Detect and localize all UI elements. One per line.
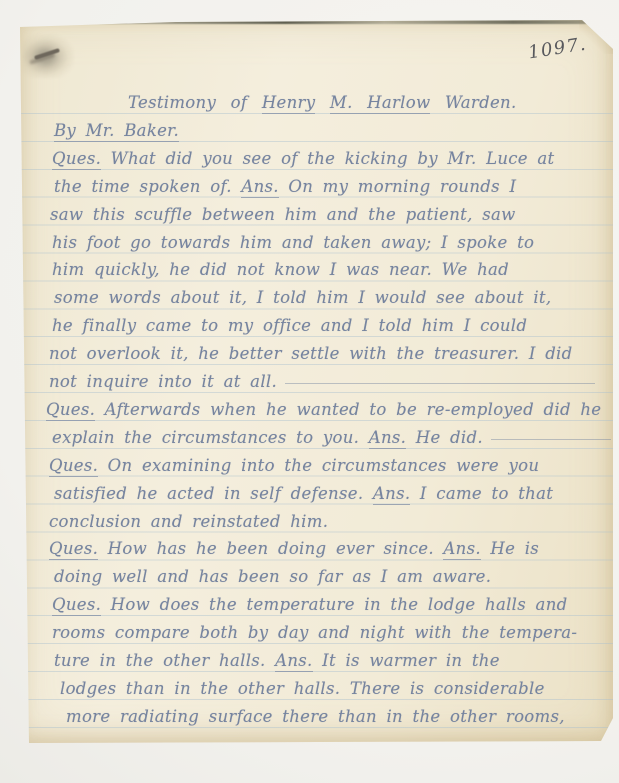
- handwritten-line-5: saw this scuffle between him and the pat…: [50, 205, 516, 225]
- handwritten-line-7: him quickly, he did not know I was near.…: [52, 260, 509, 280]
- handwritten-line-9: he finally came to my office and I told …: [52, 316, 527, 336]
- text-segment: What did you see of the kicking by Mr. L…: [101, 149, 554, 168]
- text-segment: ture in the other halls.: [54, 651, 275, 670]
- ink-fill-stroke: [285, 383, 595, 384]
- handwritten-line-16: conclusion and reinstated him.: [49, 512, 328, 532]
- text-segment: Warden.: [430, 93, 516, 112]
- text-segment: not inquire into it at all.: [49, 372, 277, 391]
- text-segment: It is warmer in the: [313, 651, 500, 670]
- text-segment: his foot go towards him and taken away; …: [52, 233, 534, 252]
- manuscript-paper: 1097. Testimony of Henry M. Harlow Warde…: [16, 20, 613, 743]
- text-segment: Afterwards when he wanted to be re-emplo…: [95, 400, 601, 419]
- text-segment: How has he been doing ever since.: [98, 539, 443, 558]
- text-segment: he finally came to my office and I told …: [52, 316, 527, 335]
- ink-fill-stroke: [491, 439, 611, 440]
- text-segment: some words about it, I told him I would …: [54, 288, 551, 307]
- handwritten-line-8: some words about it, I told him I would …: [54, 288, 551, 308]
- handwritten-line-6: his foot go towards him and taken away; …: [52, 233, 534, 253]
- text-segment: On my morning rounds I: [279, 177, 516, 196]
- handwritten-line-19: Ques. How does the temperature in the lo…: [52, 595, 567, 615]
- text-segment: lodges than in the other halls. There is…: [60, 679, 545, 698]
- handwritten-line-22: lodges than in the other halls. There is…: [60, 679, 545, 699]
- handwritten-line-23: more radiating surface there than in the…: [66, 707, 565, 727]
- paper-tear-hole: [22, 34, 74, 78]
- text-segment: On examining into the circumstances were…: [98, 456, 539, 475]
- text-segment: him quickly, he did not know I was near.…: [52, 260, 509, 279]
- text-segment: saw this scuffle between him and the pat…: [50, 205, 516, 224]
- text-segment: rooms compare both by day and night with…: [52, 623, 577, 642]
- document-title-line: Testimony of Henry M. Harlow Warden.: [128, 93, 517, 113]
- text-segment: How does the temperature in the lodge ha…: [101, 595, 567, 614]
- text-segment: explain the circumstances to you.: [52, 428, 369, 447]
- underlined-text-segment: Ques.: [52, 595, 101, 616]
- paper-torn-top-edge: [22, 20, 607, 24]
- handwritten-line-21: ture in the other halls. Ans. It is warm…: [54, 651, 500, 671]
- underlined-text-segment: M. Harlow: [330, 93, 431, 114]
- underlined-text-segment: Ques.: [49, 456, 98, 477]
- text-segment: conclusion and reinstated him.: [49, 512, 328, 531]
- handwritten-line-14: Ques. On examining into the circumstance…: [49, 456, 539, 476]
- underlined-text-segment: Ans.: [373, 484, 410, 505]
- handwritten-line-20: rooms compare both by day and night with…: [52, 623, 577, 643]
- underlined-text-segment: Ques.: [46, 400, 95, 421]
- handwritten-line-13: explain the circumstances to you. Ans. H…: [52, 428, 611, 448]
- handwritten-line-12: Ques. Afterwards when he wanted to be re…: [46, 400, 601, 420]
- underlined-text-segment: By Mr. Baker.: [54, 121, 179, 142]
- text-segment: doing well and has been so far as I am a…: [54, 567, 491, 586]
- handwritten-line-11: not inquire into it at all.: [49, 372, 595, 392]
- underlined-text-segment: Ques.: [49, 539, 98, 560]
- handwritten-line-2: By Mr. Baker.: [54, 121, 179, 141]
- text-segment: more radiating surface there than in the…: [66, 707, 565, 726]
- underlined-text-segment: Ques.: [52, 149, 101, 170]
- text-segment: I came to that: [410, 484, 553, 503]
- handwritten-line-4: the time spoken of. Ans. On my morning r…: [54, 177, 516, 197]
- page-number: 1097.: [527, 34, 589, 64]
- underlined-text-segment: Henry: [262, 93, 316, 114]
- text-segment: [315, 93, 330, 112]
- handwritten-line-18: doing well and has been so far as I am a…: [54, 567, 491, 587]
- handwritten-line-15: satisfied he acted in self defense. Ans.…: [54, 484, 553, 504]
- underlined-text-segment: Ans.: [369, 428, 406, 449]
- text-segment: Testimony of: [128, 93, 262, 112]
- handwritten-line-10: not overlook it, he better settle with t…: [49, 344, 573, 364]
- text-segment: He did.: [406, 428, 483, 447]
- text-segment: not overlook it, he better settle with t…: [49, 344, 573, 363]
- text-segment: He is: [481, 539, 539, 558]
- handwritten-line-3: Ques. What did you see of the kicking by…: [52, 149, 554, 169]
- text-segment: satisfied he acted in self defense.: [54, 484, 373, 503]
- underlined-text-segment: Ans.: [275, 651, 312, 672]
- text-segment: the time spoken of.: [54, 177, 241, 196]
- handwritten-line-17: Ques. How has he been doing ever since. …: [49, 539, 539, 559]
- underlined-text-segment: Ans.: [241, 177, 278, 198]
- underlined-text-segment: Ans.: [443, 539, 480, 560]
- manuscript-scan: 1097. Testimony of Henry M. Harlow Warde…: [0, 0, 619, 783]
